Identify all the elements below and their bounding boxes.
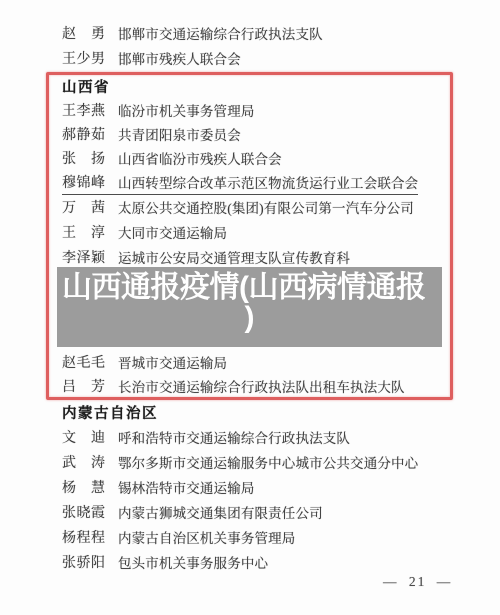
section-header: 山西省 [62, 76, 110, 96]
person-name: 王少男 [62, 48, 106, 68]
person-name: 武 涛 [62, 452, 106, 472]
person-name: 穆锦峰 [62, 172, 106, 192]
person-name: 杨 慧 [62, 477, 106, 497]
person-name: 赵 勇 [62, 23, 106, 43]
list-item: 武 涛鄂尔多斯市交通运输服务中心城市公共交通分中心 [62, 452, 418, 472]
list-item: 万 茜太原公共交通控股(集团)有限公司第一汽车分公司 [62, 197, 414, 217]
list-item: 王李燕临汾市机关事务管理局 [62, 100, 255, 120]
list-item: 王 淳大同市交通运输局 [62, 222, 227, 242]
organization-name: 山西转型综合改革示范区物流货运行业工会联合会 [118, 172, 418, 192]
organization-name: 运城市公安局交通管理支队宣传教育科 [118, 247, 350, 267]
watermark-text-line2: ) [57, 302, 442, 334]
list-item: 穆锦峰山西转型综合改革示范区物流货运行业工会联合会 [62, 172, 418, 195]
organization-name: 包头市机关事务服务中心 [118, 552, 268, 572]
person-name: 吕 芳 [62, 376, 106, 396]
organization-name: 内蒙古自治区机关事务管理局 [118, 527, 295, 547]
person-name: 文 迪 [62, 427, 106, 447]
list-item: 张晓霞内蒙古狮城交通集团有限责任公司 [62, 502, 323, 522]
person-name: 赵毛毛 [62, 352, 106, 372]
person-name: 杨程程 [62, 527, 106, 547]
person-name: 李泽颖 [62, 247, 106, 267]
person-name: 王 淳 [62, 222, 106, 242]
section-header-label: 内蒙古自治区 [62, 402, 158, 423]
organization-name: 邯郸市残疾人联合会 [118, 48, 241, 68]
section-header: 内蒙古自治区 [62, 402, 158, 422]
list-item: 郝静茹共青团阳泉市委员会 [62, 124, 241, 144]
person-name: 郝静茹 [62, 124, 106, 144]
list-item: 李泽颖运城市公安局交通管理支队宣传教育科 [62, 247, 350, 267]
organization-name: 山西省临汾市残疾人联合会 [118, 148, 282, 168]
person-name: 王李燕 [62, 100, 106, 120]
page-number: — 21 — [383, 574, 452, 590]
list-item: 赵 勇邯郸市交通运输综合行政执法支队 [62, 23, 323, 43]
organization-name: 呼和浩特市交通运输综合行政执法支队 [118, 427, 350, 447]
organization-name: 太原公共交通控股(集团)有限公司第一汽车分公司 [118, 197, 414, 217]
organization-name: 长治市交通运输综合行政执法队出租车执法大队 [118, 376, 405, 396]
person-name: 张 扬 [62, 148, 106, 168]
list-item: 杨 慧锡林浩特市交通运输局 [62, 477, 255, 497]
list-item: 文 迪呼和浩特市交通运输综合行政执法支队 [62, 427, 350, 447]
organization-name: 内蒙古狮城交通集团有限责任公司 [118, 502, 323, 522]
person-name: 张骄阳 [62, 552, 106, 572]
list-item: 王少男邯郸市残疾人联合会 [62, 48, 241, 68]
organization-name: 临汾市机关事务管理局 [118, 100, 255, 120]
person-name: 万 茜 [62, 197, 106, 217]
organization-name: 共青团阳泉市委员会 [118, 124, 241, 144]
watermark-overlay: 山西通报疫情(山西病情通报 ) [57, 267, 442, 347]
organization-name: 鄂尔多斯市交通运输服务中心城市公共交通分中心 [118, 452, 418, 472]
list-item: 吕 芳长治市交通运输综合行政执法队出租车执法大队 [62, 376, 405, 396]
organization-name: 邯郸市交通运输综合行政执法支队 [118, 23, 323, 43]
organization-name: 大同市交通运输局 [118, 222, 227, 242]
organization-name: 锡林浩特市交通运输局 [118, 477, 255, 497]
list-item: 杨程程内蒙古自治区机关事务管理局 [62, 527, 295, 547]
watermark-text-line1: 山西通报疫情(山西病情通报 [57, 267, 442, 305]
list-item: 张 扬山西省临汾市残疾人联合会 [62, 148, 282, 168]
list-item: 赵毛毛晋城市交通运输局 [62, 352, 227, 372]
organization-name: 晋城市交通运输局 [118, 352, 227, 372]
person-name: 张晓霞 [62, 502, 106, 522]
section-header-label: 山西省 [62, 76, 110, 97]
scanned-document-page: 赵 勇邯郸市交通运输综合行政执法支队王少男邯郸市残疾人联合会山西省王李燕临汾市机… [0, 0, 500, 615]
list-item: 张骄阳包头市机关事务服务中心 [62, 552, 268, 572]
